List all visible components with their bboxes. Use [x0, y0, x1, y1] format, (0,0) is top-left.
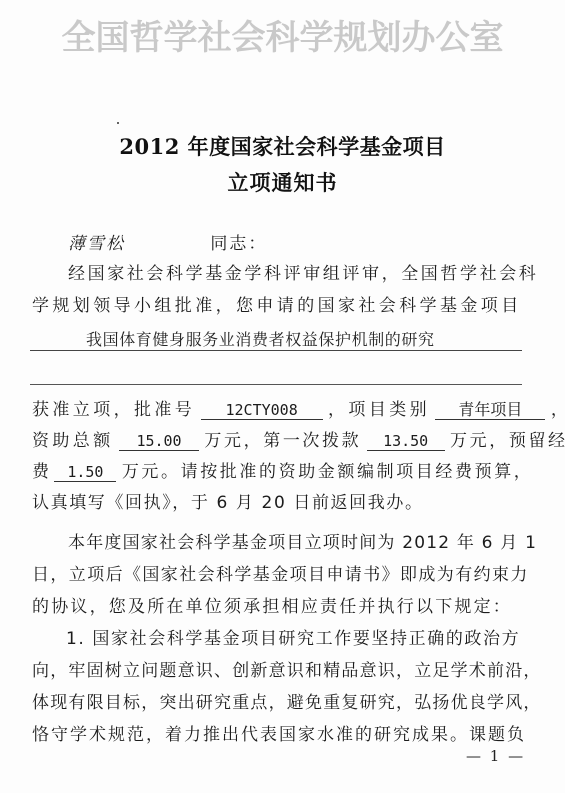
document-title: 2012 年度国家社会科学基金项目: [0, 131, 565, 161]
first-payment-field: 13.50: [367, 432, 445, 451]
intro-line-2: 学规划领导小组批准，您申请的国家社会科学基金项目: [32, 295, 528, 317]
body-p1-line-2: 日，立项后《国家社会科学基金项目申请书》即成为有约束力: [32, 564, 528, 586]
reply-instruction: 认真填写《回执》，于 6 月 20 日前返回我办。: [32, 492, 528, 514]
category-label: ，项目类别: [328, 400, 430, 420]
approval-prefix: 获准立项，批准号: [32, 400, 195, 420]
reserve-field: 1.50: [54, 463, 116, 482]
recipient-name: 薄雪松: [68, 234, 125, 254]
body-p2-line-3: 体现有限目标，突出研究重点，避免重复研究，弘扬优良学风，: [32, 692, 528, 714]
approval-number-field: 12CTY008: [201, 401, 323, 420]
project-title-underline-2: [30, 384, 522, 385]
total-funding-field: 15.00: [119, 432, 199, 451]
category-end: ，: [551, 400, 565, 420]
budget-text: 万元。请按批准的资助金额编制项目经费预算，: [122, 462, 534, 482]
body-p2-line-4: 恪守学术规范，着力推出代表国家水准的研究成果。课题负: [32, 724, 528, 746]
scan-dot: [117, 122, 119, 124]
funding-label: 资助总额: [32, 431, 114, 451]
page-number: — 1 —: [466, 747, 525, 765]
reserve-label-2: 费: [32, 462, 49, 482]
first-payment-label: 万元，第一次拨款: [204, 431, 361, 451]
intro-line-1: 经国家社会科学基金学科评审组评审，全国哲学社会科: [68, 263, 564, 285]
notice-page: 全国哲学社会科学规划办公室 2012 年度国家社会科学基金项目 立项通知书 薄雪…: [0, 0, 565, 793]
project-title: 我国体育健身服务业消费者权益保护机制的研究: [86, 327, 435, 350]
body-p2-line-1: 1. 国家社会科学基金项目研究工作要坚持正确的政治方: [66, 628, 562, 650]
body-p1-line-1: 本年度国家社会科学基金项目立项时间为 2012 年 6 月 1: [68, 532, 564, 554]
body-p1-line-3: 的协议，您及所在单位须承担相应责任并执行以下规定：: [32, 596, 528, 618]
letterhead: 全国哲学社会科学规划办公室: [0, 10, 565, 59]
body-p2-line-2: 向，牢固树立问题意识、创新意识和精品意识，立足学术前沿，: [32, 660, 528, 682]
reserve-label: 万元，预留经: [450, 431, 565, 451]
approval-line-2: 资助总额 15.00 万元，第一次拨款 13.50 万元，预留经: [32, 430, 528, 452]
approval-line-3: 费 1.50 万元。请按批准的资助金额编制项目经费预算，: [32, 461, 528, 483]
category-field: 青年项目: [435, 401, 545, 420]
project-title-underline: [30, 350, 522, 351]
salutation: 薄雪松 同志：: [68, 233, 564, 255]
salutation-suffix: 同志：: [210, 234, 267, 254]
approval-line-1: 获准立项，批准号 12CTY008 ，项目类别 青年项目 ，: [32, 399, 528, 421]
document-subtitle: 立项通知书: [0, 167, 565, 197]
